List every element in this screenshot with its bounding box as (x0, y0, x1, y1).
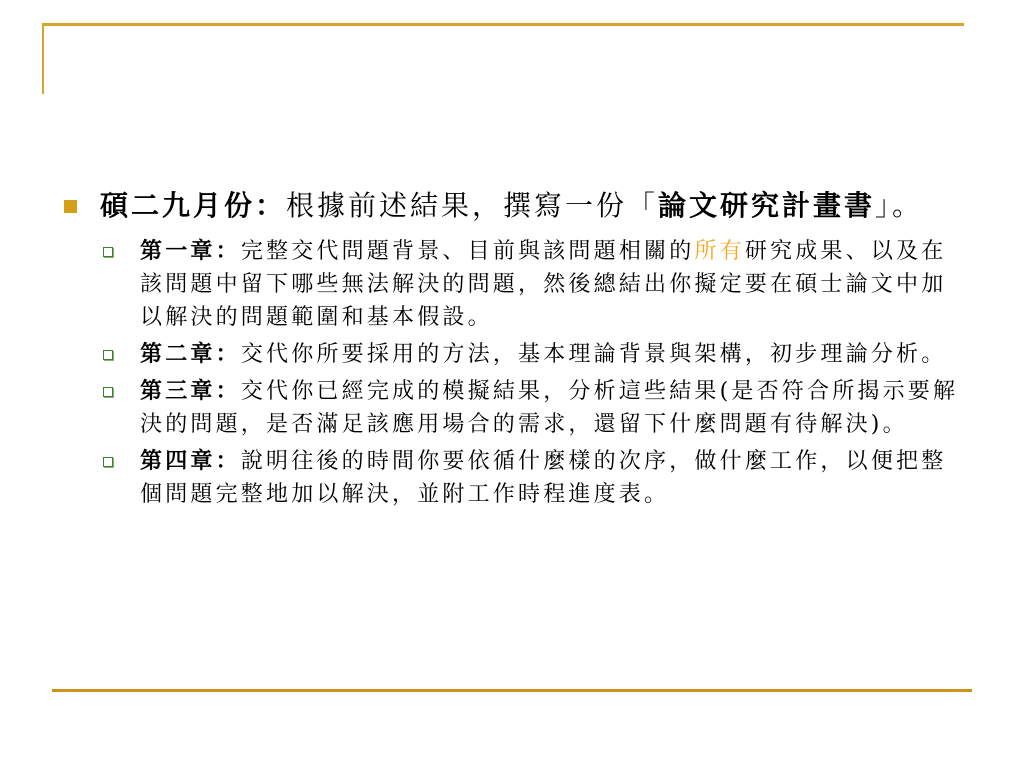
left-rule (42, 23, 44, 94)
level1-emphasis: 論文研究計畫書 (658, 189, 875, 222)
level1-bullet-item: 碩二九月份：根據前述結果，撰寫一份「論文研究計畫書」。 (60, 185, 960, 227)
chapter-highlight: 所有 (694, 239, 744, 264)
chapter-item-1: 第一章：完整交代問題背景、目前與該問題相關的所有研究成果、以及在該問題中留下哪些… (60, 235, 960, 334)
level1-text-end: 」。 (875, 189, 923, 222)
level1-text: 根據前述結果，撰寫一份「 (286, 189, 658, 222)
bottom-rule (52, 689, 972, 692)
level1-heading: 碩二九月份： (100, 189, 286, 222)
chapter-item-3: 第三章：交代你已經完成的模擬結果，分析這些結果(是否符合所揭示要解決的問題，是否… (60, 375, 960, 441)
slide-content: 碩二九月份：根據前述結果，撰寫一份「論文研究計畫書」。 第一章：完整交代問題背景… (60, 185, 960, 515)
chapter-label: 第三章： (140, 378, 241, 404)
chapter-label: 第二章： (140, 341, 241, 367)
chapter-text: 完整交代問題背景、目前與該問題相關的 (241, 239, 695, 264)
hollow-square-bullet-icon (103, 457, 113, 467)
chapter-text: 交代你已經完成的模擬結果，分析這些結果(是否符合所揭示要解決的問題，是否滿足該應… (140, 379, 958, 437)
chapter-label: 第一章： (140, 238, 241, 264)
hollow-square-bullet-icon (103, 387, 113, 397)
chapter-list: 第一章：完整交代問題背景、目前與該問題相關的所有研究成果、以及在該問題中留下哪些… (60, 235, 960, 511)
top-rule (42, 23, 964, 26)
square-bullet-icon (64, 200, 77, 213)
chapter-item-4: 第四章：說明往後的時間你要依循什麼樣的次序，做什麼工作，以便把整個問題完整地加以… (60, 445, 960, 511)
hollow-square-bullet-icon (103, 350, 113, 360)
chapter-label: 第四章： (140, 448, 241, 474)
chapter-text: 說明往後的時間你要依循什麼樣的次序，做什麼工作，以便把整個問題完整地加以解決，並… (140, 449, 946, 507)
hollow-square-bullet-icon (103, 247, 113, 257)
chapter-text: 交代你所要採用的方法，基本理論背景與架構，初步理論分析。 (241, 342, 947, 367)
chapter-item-2: 第二章：交代你所要採用的方法，基本理論背景與架構，初步理論分析。 (60, 338, 960, 371)
